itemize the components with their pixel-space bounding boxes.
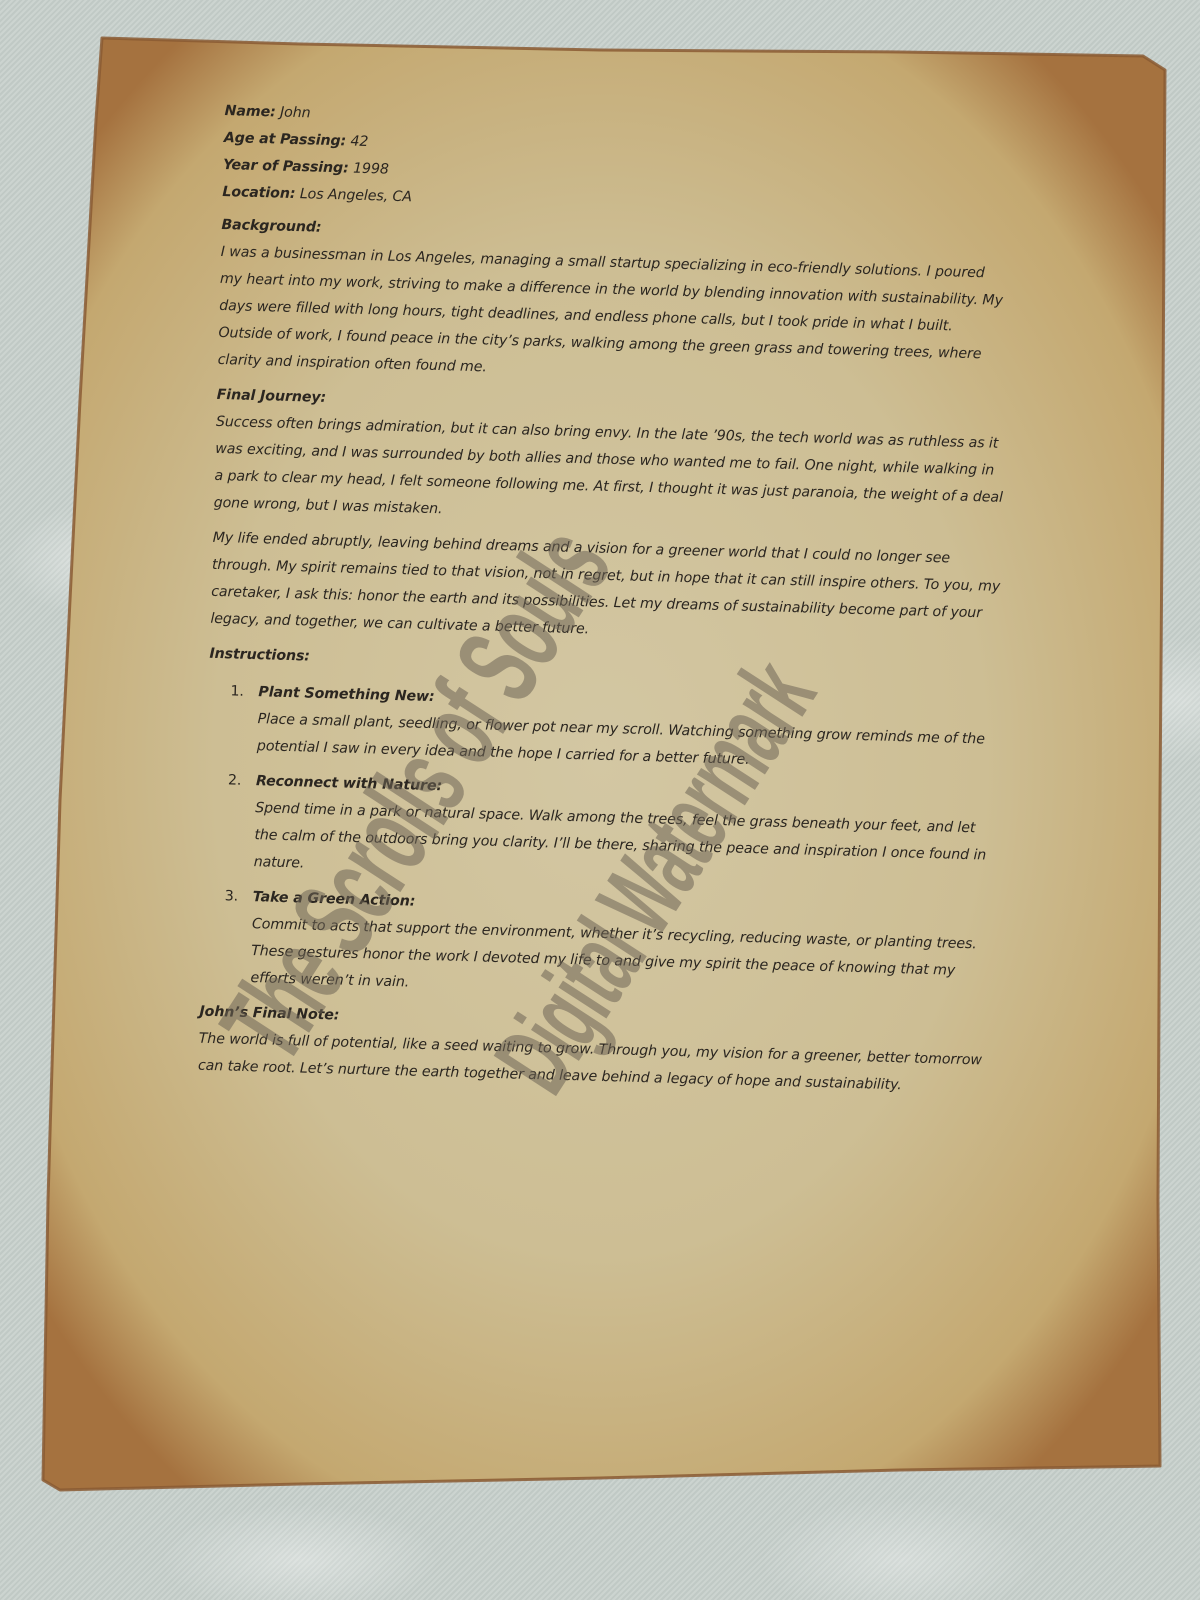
instruction-item: 1. Plant Something New: Place a small pl… <box>207 678 999 781</box>
instructions-list: 1. Plant Something New: Place a small pl… <box>200 678 998 1013</box>
profile-block: Name: John Age at Passing: 42 Year of Pa… <box>222 98 1015 228</box>
instruction-number: 1. <box>230 678 244 705</box>
year-value: 1998 <box>348 160 389 177</box>
final-journey-paragraph: My life ended abruptly, leaving behind d… <box>210 525 1003 655</box>
instruction-number: 2. <box>228 767 242 794</box>
name-label: Name: <box>224 103 275 120</box>
name-value: John <box>275 104 310 121</box>
instruction-item: 2. Reconnect with Nature: Spend time in … <box>203 767 996 897</box>
age-label: Age at Passing: <box>224 130 347 149</box>
memorial-document: Name: John Age at Passing: 42 Year of Pa… <box>197 98 1014 1110</box>
instruction-item: 3. Take a Green Action: Commit to acts t… <box>200 883 993 1013</box>
location-label: Location: <box>222 184 295 202</box>
instruction-number: 3. <box>224 883 238 910</box>
age-value: 42 <box>346 133 369 150</box>
background-text: I was a businessman in Los Angeles, mana… <box>217 239 1010 396</box>
final-journey-paragraph: Success often brings admiration, but it … <box>213 409 1006 539</box>
location-value: Los Angeles, CA <box>295 186 412 205</box>
year-label: Year of Passing: <box>223 157 349 177</box>
